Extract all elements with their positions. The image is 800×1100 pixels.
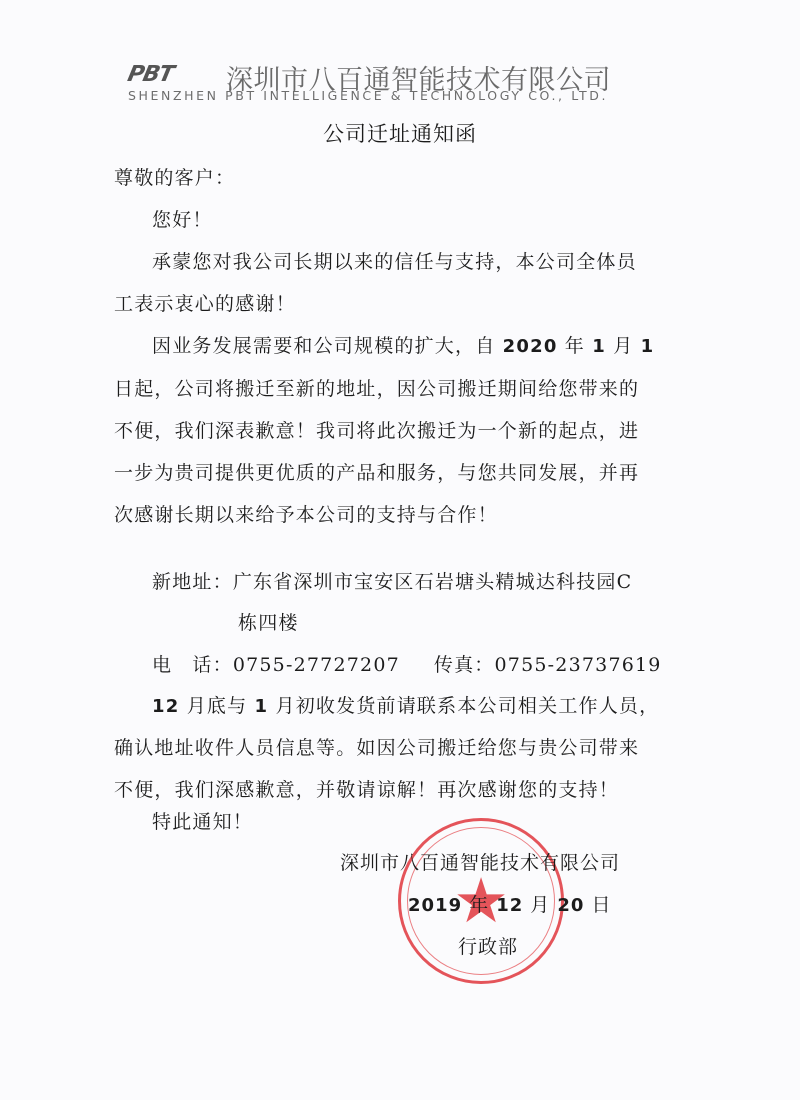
day: 1 (641, 336, 655, 357)
paragraph2-line1: 因业务发展需要和公司规模的扩大，自 2020 年 1 月 1 (152, 331, 654, 358)
fax-label: 传真： (434, 654, 495, 676)
pbt-logo-icon: PBT (125, 62, 175, 87)
month: 1 (255, 696, 269, 717)
paragraph1-line1: 承蒙您对我公司长期以来的信任与支持，本公司全体员 (152, 247, 637, 274)
text: 日 (584, 894, 611, 916)
paragraph1-line2: 工表示衷心的感谢！ (114, 289, 296, 316)
paragraph3-line1: 12 月底与 1 月初收发货前请联系本公司相关工作人员， (152, 691, 659, 718)
month: 12 (152, 696, 179, 717)
paragraph3-line3: 不便，我们深感歉意，并敬请谅解！再次感谢您的支持！ (114, 775, 619, 802)
contact-line: 电 话：0755-27727207传真：0755-23737619 (152, 650, 662, 677)
paragraph2-line2: 日起，公司将搬迁至新的地址，因公司搬迁期间给您带来的 (114, 374, 639, 401)
letterhead: PBT 深圳市八百通智能技术有限公司 SHENZHEN PBT INTELLIG… (128, 60, 688, 108)
year: 2019 (408, 895, 462, 916)
signature-date: 2019 年 12 月 20 日 (408, 890, 611, 917)
text: 因业务发展需要和公司规模的扩大，自 (152, 335, 503, 357)
text: 月底与 (179, 695, 254, 717)
address-label: 新地址： (152, 571, 233, 593)
document-title: 公司迁址通知函 (0, 118, 800, 148)
text: 年 (558, 335, 593, 357)
greeting: 您好！ (152, 205, 213, 232)
address-value: 广东省深圳市宝安区石岩塘头精城达科技园C (233, 571, 633, 593)
paragraph2-line5: 次感谢长期以来给予本公司的支持与合作！ (114, 500, 498, 527)
address-line2: 栋四楼 (238, 608, 299, 635)
fax-number: 0755-23737619 (495, 654, 662, 676)
paragraph2-line4: 一步为贵司提供更优质的产品和服务，与您共同发展，并再 (114, 458, 639, 485)
phone-number: 0755-27727207 (233, 654, 400, 676)
phone-label: 电 话： (152, 654, 233, 676)
text: 月初收发货前请联系本公司相关工作人员， (268, 695, 659, 717)
address-line1: 新地址：广东省深圳市宝安区石岩塘头精城达科技园C (152, 567, 632, 594)
closing: 特此通知！ (152, 807, 253, 834)
text: 月 (606, 335, 641, 357)
paragraph3-line2: 确认地址收件人员信息等。如因公司搬迁给您与贵公司带来 (114, 733, 639, 760)
signature-department: 行政部 (458, 932, 518, 959)
signature-company: 深圳市八百通智能技术有限公司 (340, 848, 620, 875)
year: 2020 (503, 336, 558, 357)
company-name-en: SHENZHEN PBT INTELLIGENCE & TECHNOLOGY C… (128, 88, 608, 103)
document-page: PBT 深圳市八百通智能技术有限公司 SHENZHEN PBT INTELLIG… (0, 0, 800, 1100)
month: 1 (592, 336, 606, 357)
month: 12 (496, 895, 523, 916)
salutation: 尊敬的客户： (114, 163, 235, 190)
paragraph2-line3: 不便，我们深表歉意！我司将此次搬迁为一个新的起点，进 (114, 416, 639, 443)
text: 年 (462, 894, 496, 916)
day: 20 (557, 895, 584, 916)
text: 月 (523, 894, 557, 916)
